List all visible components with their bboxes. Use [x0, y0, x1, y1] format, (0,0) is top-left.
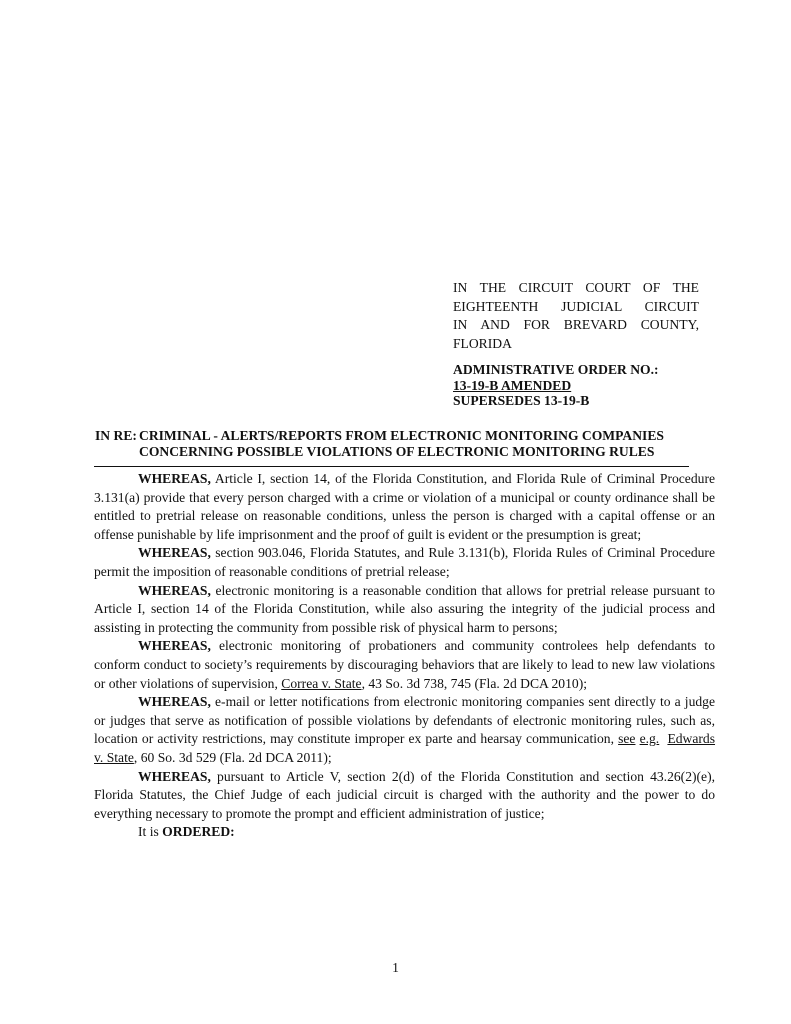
whereas-lead: WHEREAS,: [138, 769, 211, 784]
order-title: ADMINISTRATIVE ORDER NO.:: [453, 362, 713, 378]
whereas-paragraph: WHEREAS, Article I, section 14, of the F…: [94, 470, 715, 544]
ordered-line: It is ORDERED:: [94, 823, 715, 842]
whereas-lead: WHEREAS,: [138, 694, 211, 709]
whereas-paragraph: WHEREAS, electronic monitoring of probat…: [94, 637, 715, 693]
separator-rule: [94, 466, 689, 467]
caption-line: IN AND FOR BREVARD COUNTY,: [453, 316, 699, 335]
administrative-order-block: ADMINISTRATIVE ORDER NO.: 13-19-B AMENDE…: [453, 362, 713, 409]
in-re-label: IN RE:: [95, 428, 137, 444]
document-page: IN THE CIRCUIT COURT OF THE EIGHTEENTH J…: [0, 0, 791, 1024]
whereas-paragraph: WHEREAS, electronic monitoring is a reas…: [94, 582, 715, 638]
citation-signal: see: [618, 731, 635, 746]
whereas-paragraph: WHEREAS, e-mail or letter notifications …: [94, 693, 715, 767]
document-body: WHEREAS, Article I, section 14, of the F…: [94, 470, 715, 842]
supersedes-line: SUPERSEDES 13-19-B: [453, 393, 713, 409]
order-number: 13-19-B AMENDED: [453, 378, 571, 393]
case-citation: Correa v. State: [281, 676, 361, 691]
whereas-paragraph: WHEREAS, pursuant to Article V, section …: [94, 768, 715, 824]
court-caption: IN THE CIRCUIT COURT OF THE EIGHTEENTH J…: [453, 279, 699, 353]
whereas-paragraph: WHEREAS, section 903.046, Florida Statut…: [94, 544, 715, 581]
whereas-lead: WHEREAS,: [138, 471, 211, 486]
caption-line: FLORIDA: [453, 335, 699, 354]
subject-line-2: CONCERNING POSSIBLE VIOLATIONS OF ELECTR…: [139, 444, 715, 460]
whereas-lead: WHEREAS,: [138, 583, 211, 598]
subject-line-1: CRIMINAL - ALERTS/REPORTS FROM ELECTRONI…: [139, 428, 715, 444]
in-re-subject: CRIMINAL - ALERTS/REPORTS FROM ELECTRONI…: [139, 428, 715, 459]
page-number: 1: [0, 960, 791, 976]
ordered-word: ORDERED:: [162, 824, 235, 839]
caption-line: IN THE CIRCUIT COURT OF THE: [453, 279, 699, 298]
citation-signal: e.g.: [640, 731, 660, 746]
whereas-lead: WHEREAS,: [138, 638, 211, 653]
whereas-lead: WHEREAS,: [138, 545, 211, 560]
caption-line: EIGHTEENTH JUDICIAL CIRCUIT: [453, 298, 699, 317]
